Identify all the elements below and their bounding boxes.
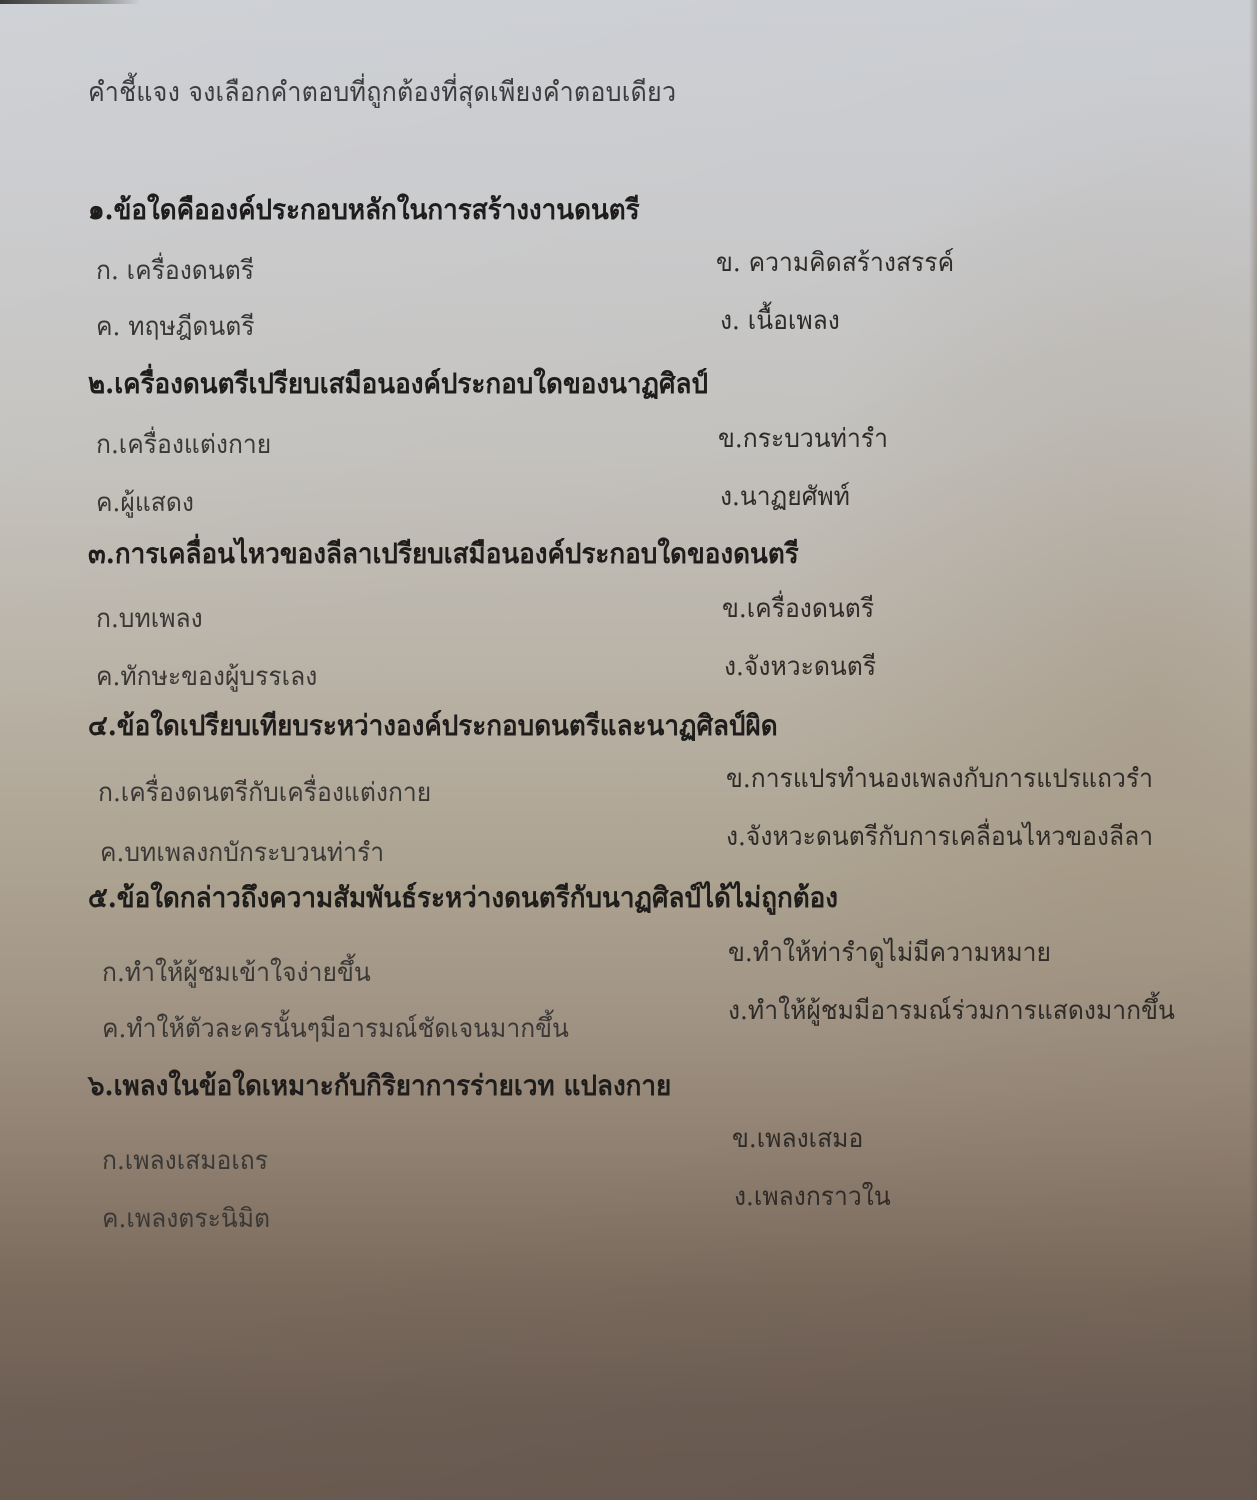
q5-choice-b: ข.ทำให้ท่ารำดูไม่มีความหมาย: [728, 932, 1051, 973]
q5-choice-c: ค.ทำให้ตัวละครนั้นๆมีอารมณ์ชัดเจนมากขึ้น: [102, 1008, 569, 1049]
q1-choice-b: ข. ความคิดสร้างสรรค์: [716, 242, 954, 283]
q1-choice-a: ก. เครื่องดนตรี: [96, 250, 254, 291]
q4-choice-d: ง.จังหวะดนตรีกับการเคลื่อนไหวของลีลา: [726, 816, 1153, 857]
q3-choice-d: ง.จังหวะดนตรี: [724, 646, 876, 687]
q2-choice-b: ข.กระบวนท่ารำ: [718, 418, 888, 459]
q6-choice-a: ก.เพลงเสมอเถร: [102, 1140, 268, 1181]
instruction-text: คำชี้แจง จงเลือกคำตอบที่ถูกต้องที่สุดเพี…: [88, 70, 676, 113]
paper-edge-shadow: [0, 0, 140, 4]
paper-right-edge: [1249, 0, 1257, 1500]
q1-choice-c: ค. ทฤษฎีดนตรี: [96, 306, 255, 347]
question-6: ๖.เพลงในข้อใดเหมาะกับกิริยาการร่ายเวท แป…: [88, 1064, 671, 1108]
question-5: ๕.ข้อใดกล่าวถึงความสัมพันธ์ระหว่างดนตรีก…: [88, 876, 838, 920]
q5-choice-d: ง.ทำให้ผู้ชมมีอารมณ์ร่วมการแสดงมากขึ้น: [728, 990, 1175, 1031]
q6-choice-c: ค.เพลงตระนิมิต: [102, 1198, 270, 1239]
question-1: ๑.ข้อใดคือองค์ประกอบหลักในการสร้างงานดนต…: [88, 188, 640, 232]
q2-choice-d: ง.นาฏยศัพท์: [720, 476, 850, 517]
question-2: ๒.เครื่องดนตรีเปรียบเสมือนองค์ประกอบใดขอ…: [88, 362, 708, 406]
q3-choice-b: ข.เครื่องดนตรี: [722, 588, 874, 629]
q3-choice-c: ค.ทักษะของผู้บรรเลง: [96, 656, 317, 697]
q4-choice-b: ข.การแปรทำนองเพลงกับการแปรแถวรำ: [726, 758, 1153, 799]
question-4: ๔.ข้อใดเปรียบเทียบระหว่างองค์ประกอบดนตรี…: [88, 704, 778, 748]
q4-choice-c: ค.บทเพลงกบักระบวนท่ารำ: [100, 832, 384, 873]
q6-choice-b: ข.เพลงเสมอ: [732, 1118, 863, 1159]
q5-choice-a: ก.ทำให้ผู้ชมเข้าใจง่ายขึ้น: [102, 952, 371, 993]
q6-choice-d: ง.เพลงกราวใน: [734, 1176, 891, 1217]
q2-choice-c: ค.ผู้แสดง: [96, 482, 194, 523]
q3-choice-a: ก.บทเพลง: [96, 598, 203, 639]
question-3: ๓.การเคลื่อนไหวของลีลาเปรียบเสมือนองค์ปร…: [88, 532, 799, 576]
q2-choice-a: ก.เครื่องแต่งกาย: [96, 424, 271, 465]
q1-choice-d: ง. เนื้อเพลง: [720, 300, 840, 341]
q4-choice-a: ก.เครื่องดนตรีกับเครื่องแต่งกาย: [98, 772, 431, 813]
